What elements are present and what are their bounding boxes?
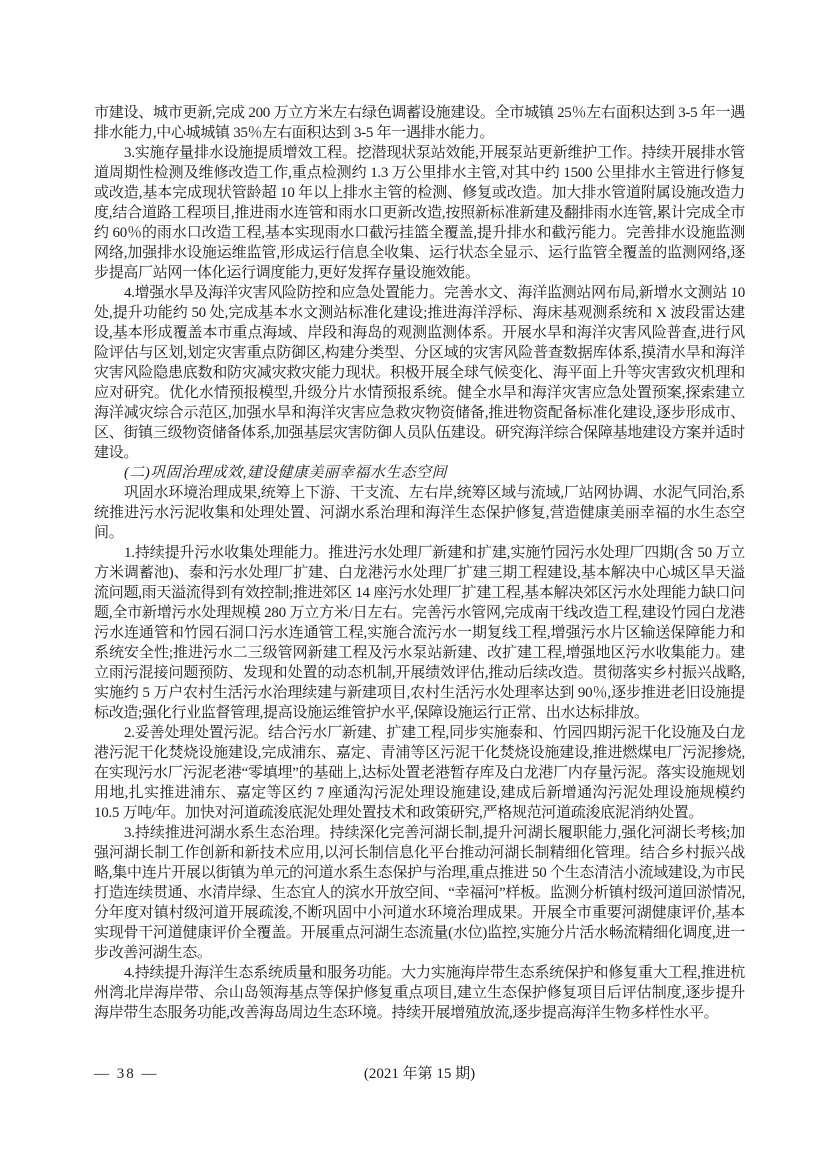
paragraph-continuation: 市建设、城市更新,完成 200 万立方米左右绿色调蓄设施建设。全市城镇 25％左… bbox=[94, 103, 745, 143]
page-footer: — 38 — (2021 年第 15 期) bbox=[94, 1063, 745, 1085]
document-body: 市建设、城市更新,完成 200 万立方米左右绿色调蓄设施建设。全市城镇 25％左… bbox=[94, 103, 745, 1023]
paragraph-item-2-sludge: 2.妥善处理处置污泥。结合污水厂新建、扩建工程,同步实施泰和、竹园四期污泥干化设… bbox=[94, 723, 745, 823]
document-page: 市建设、城市更新,完成 200 万立方米左右绿色调蓄设施建设。全市城镇 25％左… bbox=[0, 0, 827, 1170]
issue-label: (2021 年第 15 期) bbox=[94, 1063, 745, 1085]
paragraph-item-3-rivers: 3.持续推进河湖水系生态治理。持续深化完善河湖长制,提升河湖长履职能力,强化河湖… bbox=[94, 823, 745, 963]
paragraph-item-4-disaster-risk: 4.增强水旱及海洋灾害风险防控和应急处置能力。完善水文、海洋监测站网布局,新增水… bbox=[94, 283, 745, 463]
paragraph-section-intro: 巩固水环境治理成果,统筹上下游、干支流、左右岸,统筹区域与流域,厂站网协调、水泥… bbox=[94, 483, 745, 543]
paragraph-item-3-drainage: 3.实施存量排水设施提质增效工程。挖潜现状泵站效能,开展泵站更新维护工作。持续开… bbox=[94, 143, 745, 283]
paragraph-item-4-marine: 4.持续提升海洋生态系统质量和服务功能。大力实施海岸带生态系统保护和修复重大工程… bbox=[94, 963, 745, 1023]
paragraph-item-1-sewage: 1.持续提升污水收集处理能力。推进污水处理厂新建和扩建,实施竹园污水处理厂四期(… bbox=[94, 543, 745, 723]
section-heading: (二)巩固治理成效,建设健康美丽幸福水生态空间 bbox=[94, 463, 745, 483]
